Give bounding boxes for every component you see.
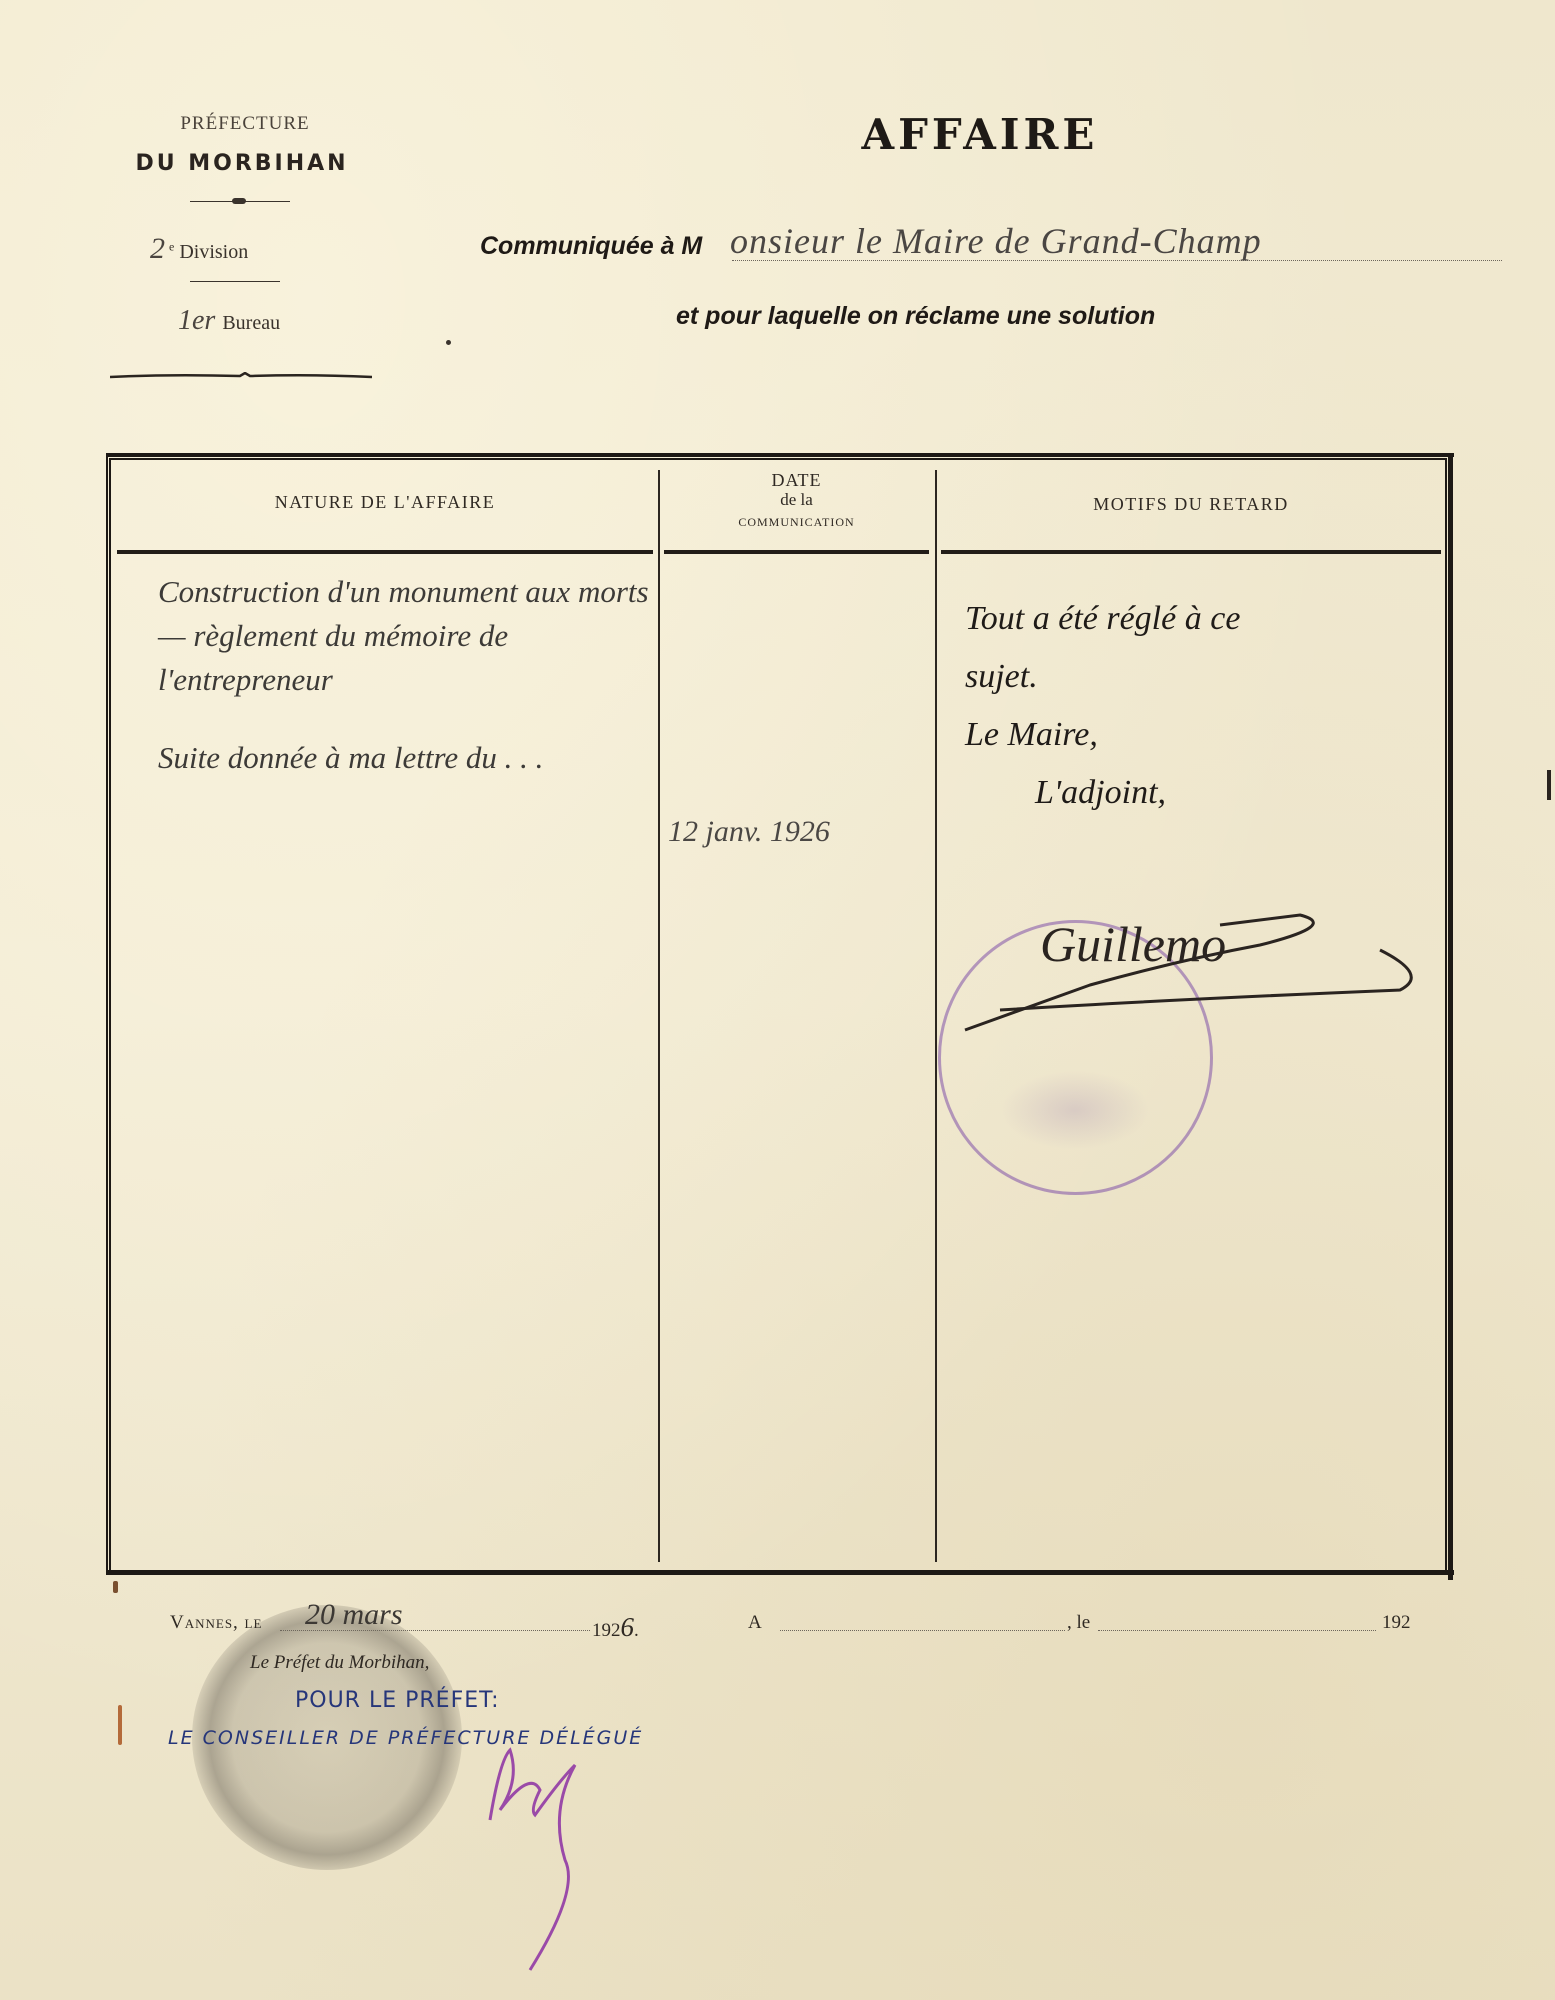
column-header-nature: NATURE DE L'AFFAIRE [117, 492, 653, 513]
column-header-date-line2: de la [664, 490, 929, 510]
prefecture-name: DU MORBIHAN [106, 151, 378, 176]
footer-year-2: 192 [1382, 1612, 1411, 1634]
motifs-line-1: Tout a été réglé à ce [965, 590, 1425, 648]
column-header-motifs: MOTIFS DU RETARD [941, 494, 1441, 515]
motifs-line-2: sujet. [965, 648, 1425, 706]
header-rule-col1 [117, 550, 653, 554]
prefect-signature-icon [470, 1740, 600, 1980]
motifs-line-3: Le Maire, [965, 706, 1425, 764]
footer-date-handwritten: 20 mars [305, 1598, 403, 1632]
footer-place-label: Vannes, le [170, 1612, 262, 1634]
division-label: 2e Division [150, 232, 248, 266]
division-suffix: e [169, 239, 174, 253]
pin-mark [113, 1581, 118, 1593]
nature-paragraph-2: Suite donnée à ma lettre du . . . [158, 736, 658, 780]
division-text: Division [179, 241, 248, 263]
staple-mark [118, 1705, 122, 1745]
column-header-date: DATE de la COMMUNICATION [664, 470, 929, 532]
footer-a-dotted-line [780, 1630, 1065, 1631]
table-shadow-right [1448, 455, 1453, 1580]
header-rule-col3 [941, 550, 1441, 554]
bureau-text: Bureau [222, 312, 280, 334]
prefecture-heading: PRÉFECTURE [160, 113, 330, 135]
document-title: AFFAIRE [700, 110, 1260, 159]
table-shadow-top [106, 453, 1454, 457]
communicated-to-recipient: onsieur le Maire de Grand-Champ [730, 220, 1262, 262]
footer-le-dotted-line [1098, 1630, 1376, 1631]
table-shadow-bottom [106, 1570, 1454, 1575]
motifs-line-4: L'adjoint, [965, 764, 1425, 822]
footer-le-label: , le [1067, 1612, 1090, 1634]
footer-year: 1926. [592, 1612, 639, 1643]
ornament-dot [232, 198, 246, 204]
column-divider-2 [935, 470, 937, 1562]
bureau-number: 1er [178, 305, 215, 336]
column-header-date-line3: COMMUNICATION [664, 512, 929, 532]
cell-motifs: Tout a été réglé à ce sujet. Le Maire, L… [965, 590, 1425, 822]
communicated-to-label: Communiquée à M [480, 232, 702, 261]
pour-le-prefet-stamp: POUR LE PRÉFET: [295, 1688, 500, 1713]
cell-nature: Construction d'un monument aux morts — r… [158, 570, 658, 780]
mayor-seal-emblem [1000, 1070, 1150, 1150]
column-divider-1 [658, 470, 660, 1562]
prefet-line: Le Préfet du Morbihan, [250, 1652, 429, 1674]
bureau-label: 1er Bureau [178, 305, 280, 337]
nature-paragraph-1: Construction d'un monument aux morts — r… [158, 570, 658, 702]
adjoint-signature: Guillemo [1040, 915, 1226, 973]
header-swash-rule [110, 372, 372, 380]
subtitle: et pour laquelle on réclame une solution [676, 302, 1155, 331]
edge-ink-mark [1547, 770, 1551, 800]
stray-dot [446, 340, 451, 345]
division-number: 2 [150, 232, 165, 265]
header-rule-col2 [664, 550, 929, 554]
column-header-date-line1: DATE [664, 470, 929, 490]
division-rule [190, 281, 280, 282]
footer-a-label: A [748, 1612, 762, 1634]
cell-date: 12 janv. 1926 [668, 815, 928, 849]
